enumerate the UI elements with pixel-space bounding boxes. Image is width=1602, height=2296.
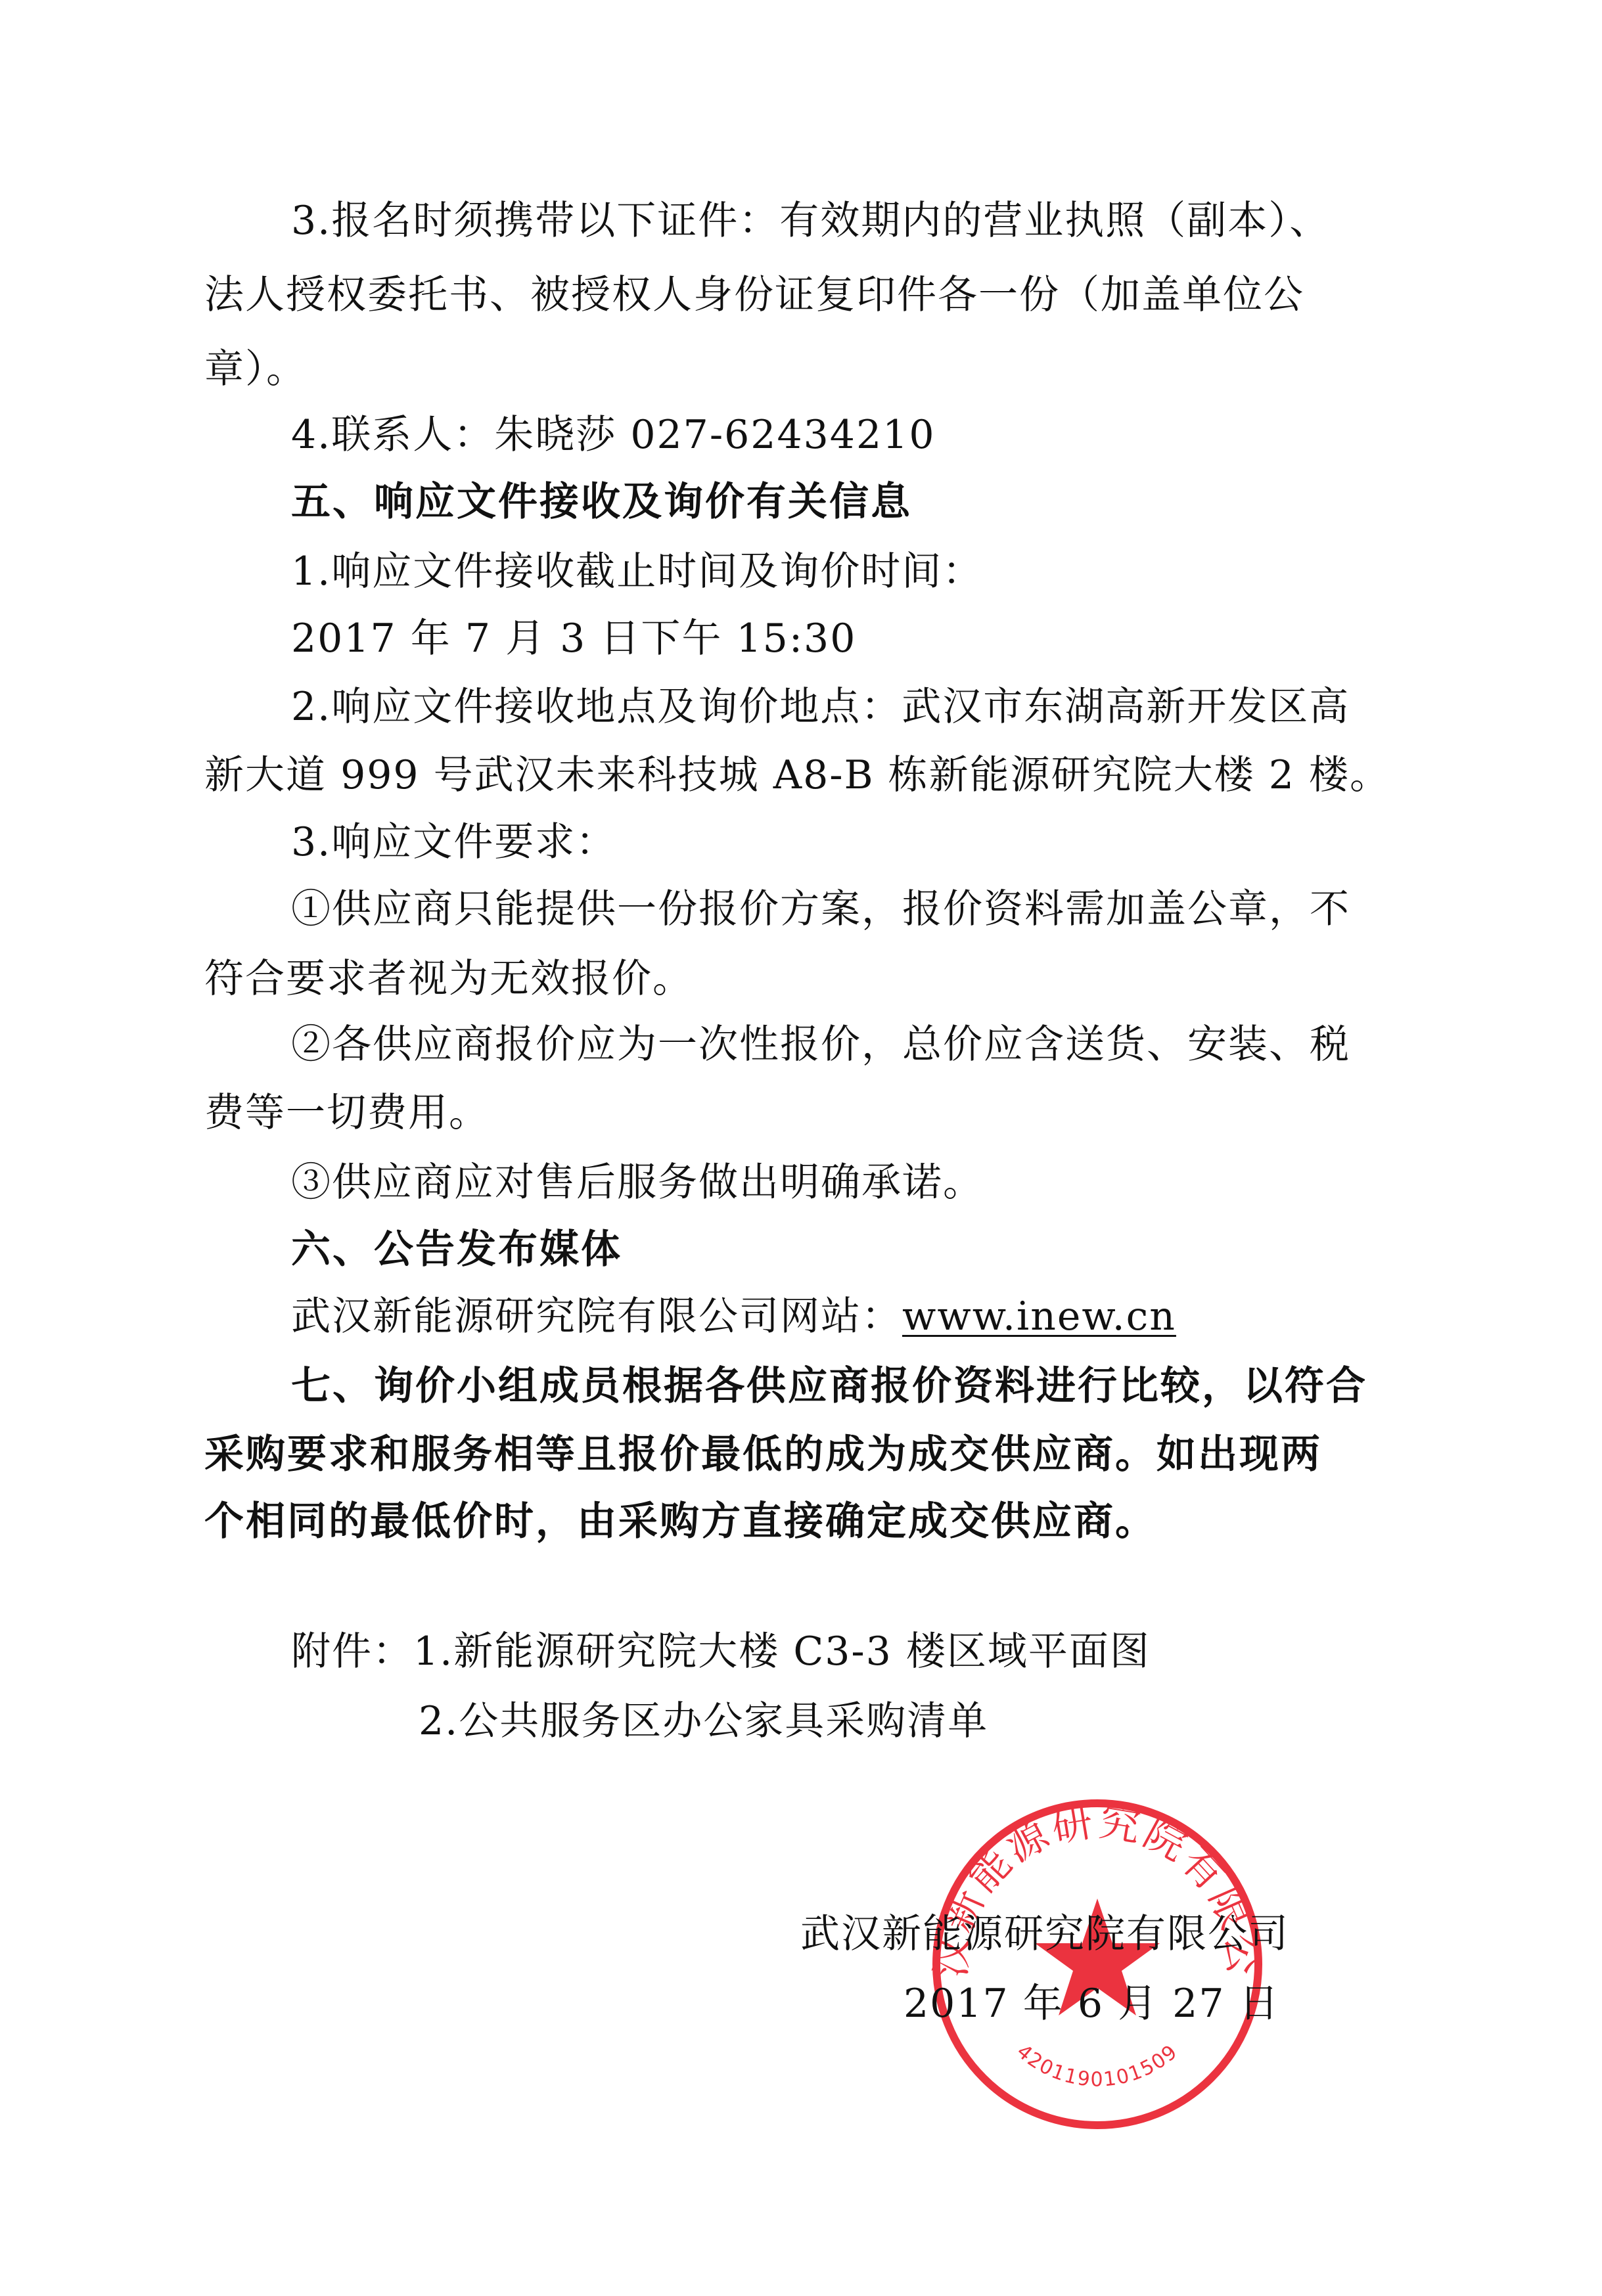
paragraph-contact: 4.联系人：朱晓莎 027-62434210 [291,411,936,459]
paragraph-website: 武汉新能源研究院有限公司网站：www.inew.cn [291,1293,1176,1340]
paragraph-requirement-1-line1: ①供应商只能提供一份报价方案，报价资料需加盖公章，不 [291,886,1350,933]
paragraph-deadline-line2: 2017 年 7 月 3 日下午 15:30 [291,615,856,662]
paragraph-requirement-3: ③供应商应对售后服务做出明确承诺。 [291,1159,984,1206]
website-link[interactable]: www.inew.cn [902,1294,1176,1339]
attachments-label: 附件： [291,1629,413,1675]
paragraph-deadline-line1: 1.响应文件接收截止时间及询价时间： [291,548,983,595]
paragraph-registration-docs-line2: 法人授权委托书、被授权人身份证复印件各一份（加盖单位公 [204,271,1304,319]
paragraph-location-line2: 新大道 999 号武汉未来科技城 A8-B 栋新能源研究院大楼 2 楼。 [204,752,1390,799]
official-seal-icon: 武汉新能源研究院有限公司 4201190101509 [900,1787,1294,2142]
paragraph-location-line1: 2.响应文件接收地点及询价地点：武汉市东湖高新开发区高 [291,683,1350,731]
attachments-line1: 附件：1.新能源研究院大楼 C3-3 楼区域平面图 [291,1628,1151,1675]
section-7-line1: 七、询价小组成员根据各供应商报价资料进行比较，以符合 [291,1362,1367,1410]
paragraph-registration-docs-line3: 章）。 [204,346,307,393]
paragraph-requirement-2-line2: 费等一切费用。 [204,1089,490,1137]
paragraph-requirements-heading: 3.响应文件要求： [291,819,616,866]
paragraph-requirement-2-line1: ②各供应商报价应为一次性报价，总价应含送货、安装、税 [291,1021,1350,1068]
svg-text:4201190101509: 4201190101509 [1012,2040,1182,2091]
section-heading-6: 六、公告发布媒体 [291,1226,622,1273]
website-label: 武汉新能源研究院有限公司网站： [291,1294,902,1339]
section-heading-5: 五、响应文件接收及询价有关信息 [291,478,912,526]
attachment-item-1: 1.新能源研究院大楼 C3-3 楼区域平面图 [413,1629,1151,1675]
attachment-item-2: 2.公共服务区办公家具采购清单 [419,1698,988,1745]
paragraph-registration-docs-line1: 3.报名时须携带以下证件：有效期内的营业执照（副本）、 [291,197,1330,244]
signature-company: 武汉新能源研究院有限公司 [800,1910,1289,1958]
section-7-line2: 采购要求和服务相等且报价最低的成为成交供应商。如出现两 [204,1431,1322,1478]
section-7-line3: 个相同的最低价时，由采购方直接确定成交供应商。 [204,1498,1156,1545]
paragraph-requirement-1-line2: 符合要求者视为无效报价。 [204,955,693,1002]
signature-date: 2017 年 6 月 27 日 [904,1980,1280,2027]
